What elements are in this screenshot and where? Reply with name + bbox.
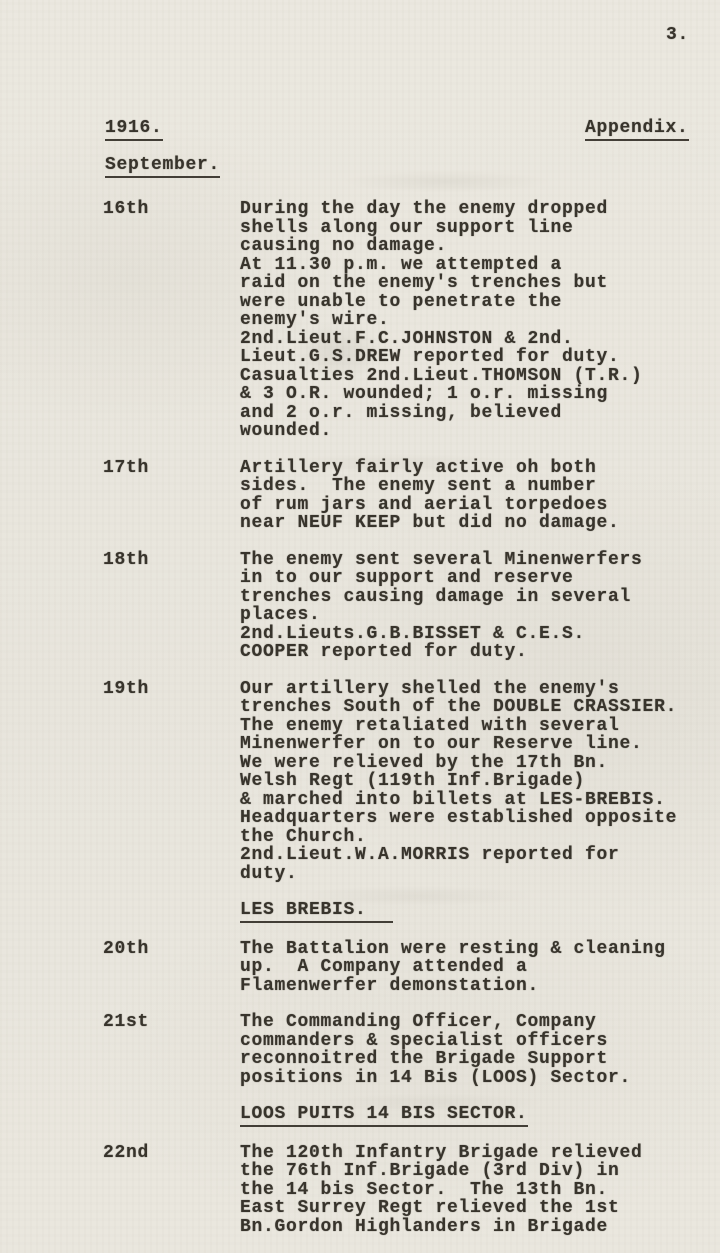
entry-day: 17th bbox=[103, 459, 240, 533]
year-heading: 1916. bbox=[105, 119, 163, 141]
entry-text: Our artillery shelled the enemy's trench… bbox=[240, 680, 677, 884]
diary-entry-22nd: 22nd The 120th Infantry Brigade relieved… bbox=[103, 1144, 703, 1237]
page-number: 3. bbox=[666, 26, 689, 45]
war-diary-page: 3. 1916. Appendix. September. 16th Durin… bbox=[0, 0, 720, 1253]
entry-day-spacer bbox=[103, 901, 240, 923]
section-heading-text: LOOS PUITS 14 BIS SECTOR. bbox=[240, 1105, 528, 1127]
diary-entry-18th: 18th The enemy sent several Minenwerfers… bbox=[103, 551, 703, 662]
entry-day: 22nd bbox=[103, 1144, 240, 1237]
diary-entry-16th: 16th During the day the enemy dropped sh… bbox=[103, 200, 703, 441]
entry-text: The 120th Infantry Brigade relieved the … bbox=[240, 1144, 643, 1237]
entry-text: During the day the enemy dropped shells … bbox=[240, 200, 643, 441]
diary-entry-20th: 20th The Battalion were resting & cleani… bbox=[103, 940, 703, 996]
entry-day: 21st bbox=[103, 1013, 240, 1087]
entry-text: The enemy sent several Minenwerfers in t… bbox=[240, 551, 643, 662]
entry-text: Artillery fairly active oh both sides. T… bbox=[240, 459, 620, 533]
appendix-heading: Appendix. bbox=[585, 119, 689, 141]
entry-day: 18th bbox=[103, 551, 240, 662]
month-heading: September. bbox=[105, 156, 220, 178]
section-heading-text: LES BREBIS. bbox=[240, 901, 393, 923]
diary-entries: 16th During the day the enemy dropped sh… bbox=[103, 200, 703, 1253]
section-heading-les-brebis: LES BREBIS. bbox=[103, 901, 703, 923]
entry-text: The Battalion were resting & cleaning up… bbox=[240, 940, 666, 996]
entry-day: 19th bbox=[103, 680, 240, 884]
diary-entry-21st: 21st The Commanding Officer, Company com… bbox=[103, 1013, 703, 1087]
year-heading-text: 1916. bbox=[105, 119, 163, 141]
diary-entry-17th: 17th Artillery fairly active oh both sid… bbox=[103, 459, 703, 533]
entry-day: 20th bbox=[103, 940, 240, 996]
diary-entry-19th: 19th Our artillery shelled the enemy's t… bbox=[103, 680, 703, 884]
month-heading-text: September. bbox=[105, 156, 220, 178]
entry-day-spacer bbox=[103, 1105, 240, 1127]
section-heading-loos-puits: LOOS PUITS 14 BIS SECTOR. bbox=[103, 1105, 703, 1127]
entry-day: 16th bbox=[103, 200, 240, 441]
appendix-heading-text: Appendix. bbox=[585, 119, 689, 141]
entry-text: The Commanding Officer, Company commande… bbox=[240, 1013, 631, 1087]
